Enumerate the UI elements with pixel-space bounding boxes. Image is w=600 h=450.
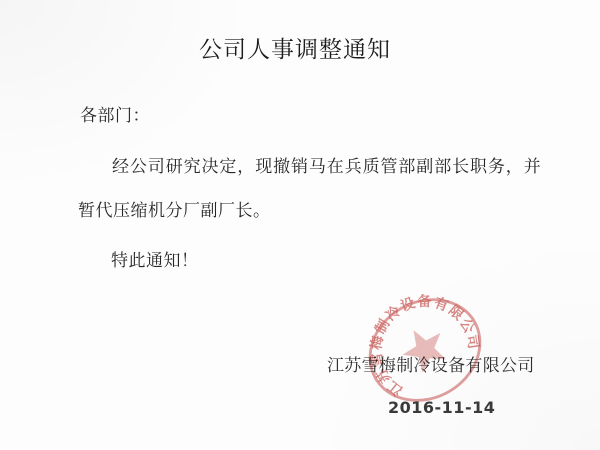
salutation: 各部门： (80, 105, 150, 127)
closing-phrase: 特此通知！ (111, 250, 199, 272)
body-line-1: 经公司研究决定，现撤销马在兵质管部副部长职务，并 (112, 156, 542, 178)
notice-title: 公司人事调整通知 (0, 31, 590, 64)
body-line-2: 暂代压缩机分厂副厂长。 (78, 200, 271, 222)
seal-star-icon (395, 319, 454, 377)
company-seal-stamp: 江苏雪梅制冷设备有限公司 (345, 278, 505, 426)
notice-document: 公司人事调整通知 各部门： 经公司研究决定，现撤销马在兵质管部副部长职务，并 暂… (0, 0, 600, 450)
